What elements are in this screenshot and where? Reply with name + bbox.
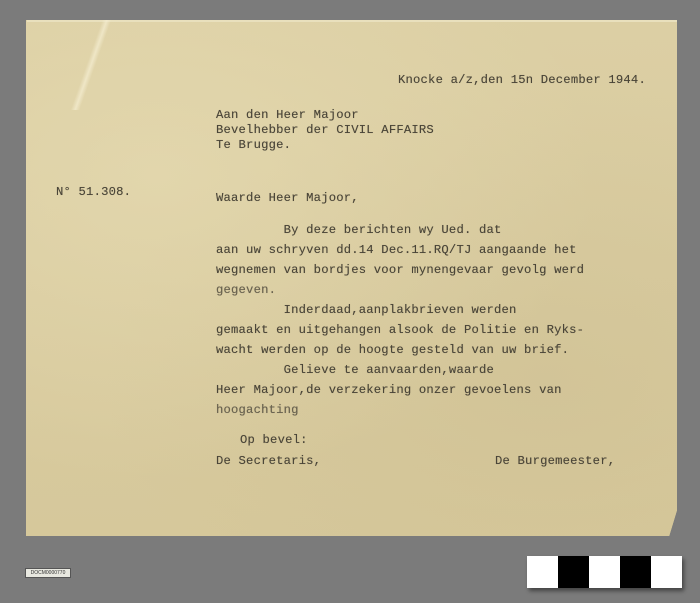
closing-secretary: De Secretaris, (216, 451, 321, 471)
paper-crease (68, 20, 114, 110)
body-line: By deze berichten wy Ued. dat (216, 220, 502, 240)
addressee-line-2: Bevelhebber der CIVIL AFFAIRS (216, 123, 434, 138)
archive-label: DOCM0000770 (25, 568, 71, 578)
scale-square-white (651, 556, 682, 588)
body-line: wegnemen van bordjes voor mynengevaar ge… (216, 260, 584, 280)
body-line: gemaakt en uitgehangen alsook de Politie… (216, 320, 584, 340)
closing-order: Op bevel: (240, 430, 308, 450)
body-line: Heer Majoor,de verzekering onzer gevoele… (216, 380, 562, 400)
place-date: Knocke a/z,den 15n December 1944. (398, 70, 646, 90)
salutation: Waarde Heer Majoor, (216, 188, 359, 208)
color-scale-bar (527, 556, 682, 588)
reference-number: N° 51.308. (56, 182, 131, 202)
body-line: Gelieve te aanvaarden,waarde (216, 360, 494, 380)
scale-square-black (558, 556, 589, 588)
body-line: gegeven. (216, 280, 276, 300)
addressee-line-1: Aan den Heer Majoor (216, 108, 359, 123)
body-line: hoogachting (216, 400, 299, 420)
body-line: Inderdaad,aanplakbrieven werden (216, 300, 517, 320)
scale-square-black (620, 556, 651, 588)
addressee-line-3: Te Brugge. (216, 138, 291, 153)
closing-mayor: De Burgemeester, (495, 451, 615, 471)
scale-square-white (527, 556, 558, 588)
scale-square-white (589, 556, 620, 588)
body-line: wacht werden op de hoogte gesteld van uw… (216, 340, 569, 360)
body-line: aan uw schryven dd.14 Dec.11.RQ/TJ aanga… (216, 240, 577, 260)
letter-paper: Knocke a/z,den 15n December 1944. Aan de… (26, 20, 677, 536)
